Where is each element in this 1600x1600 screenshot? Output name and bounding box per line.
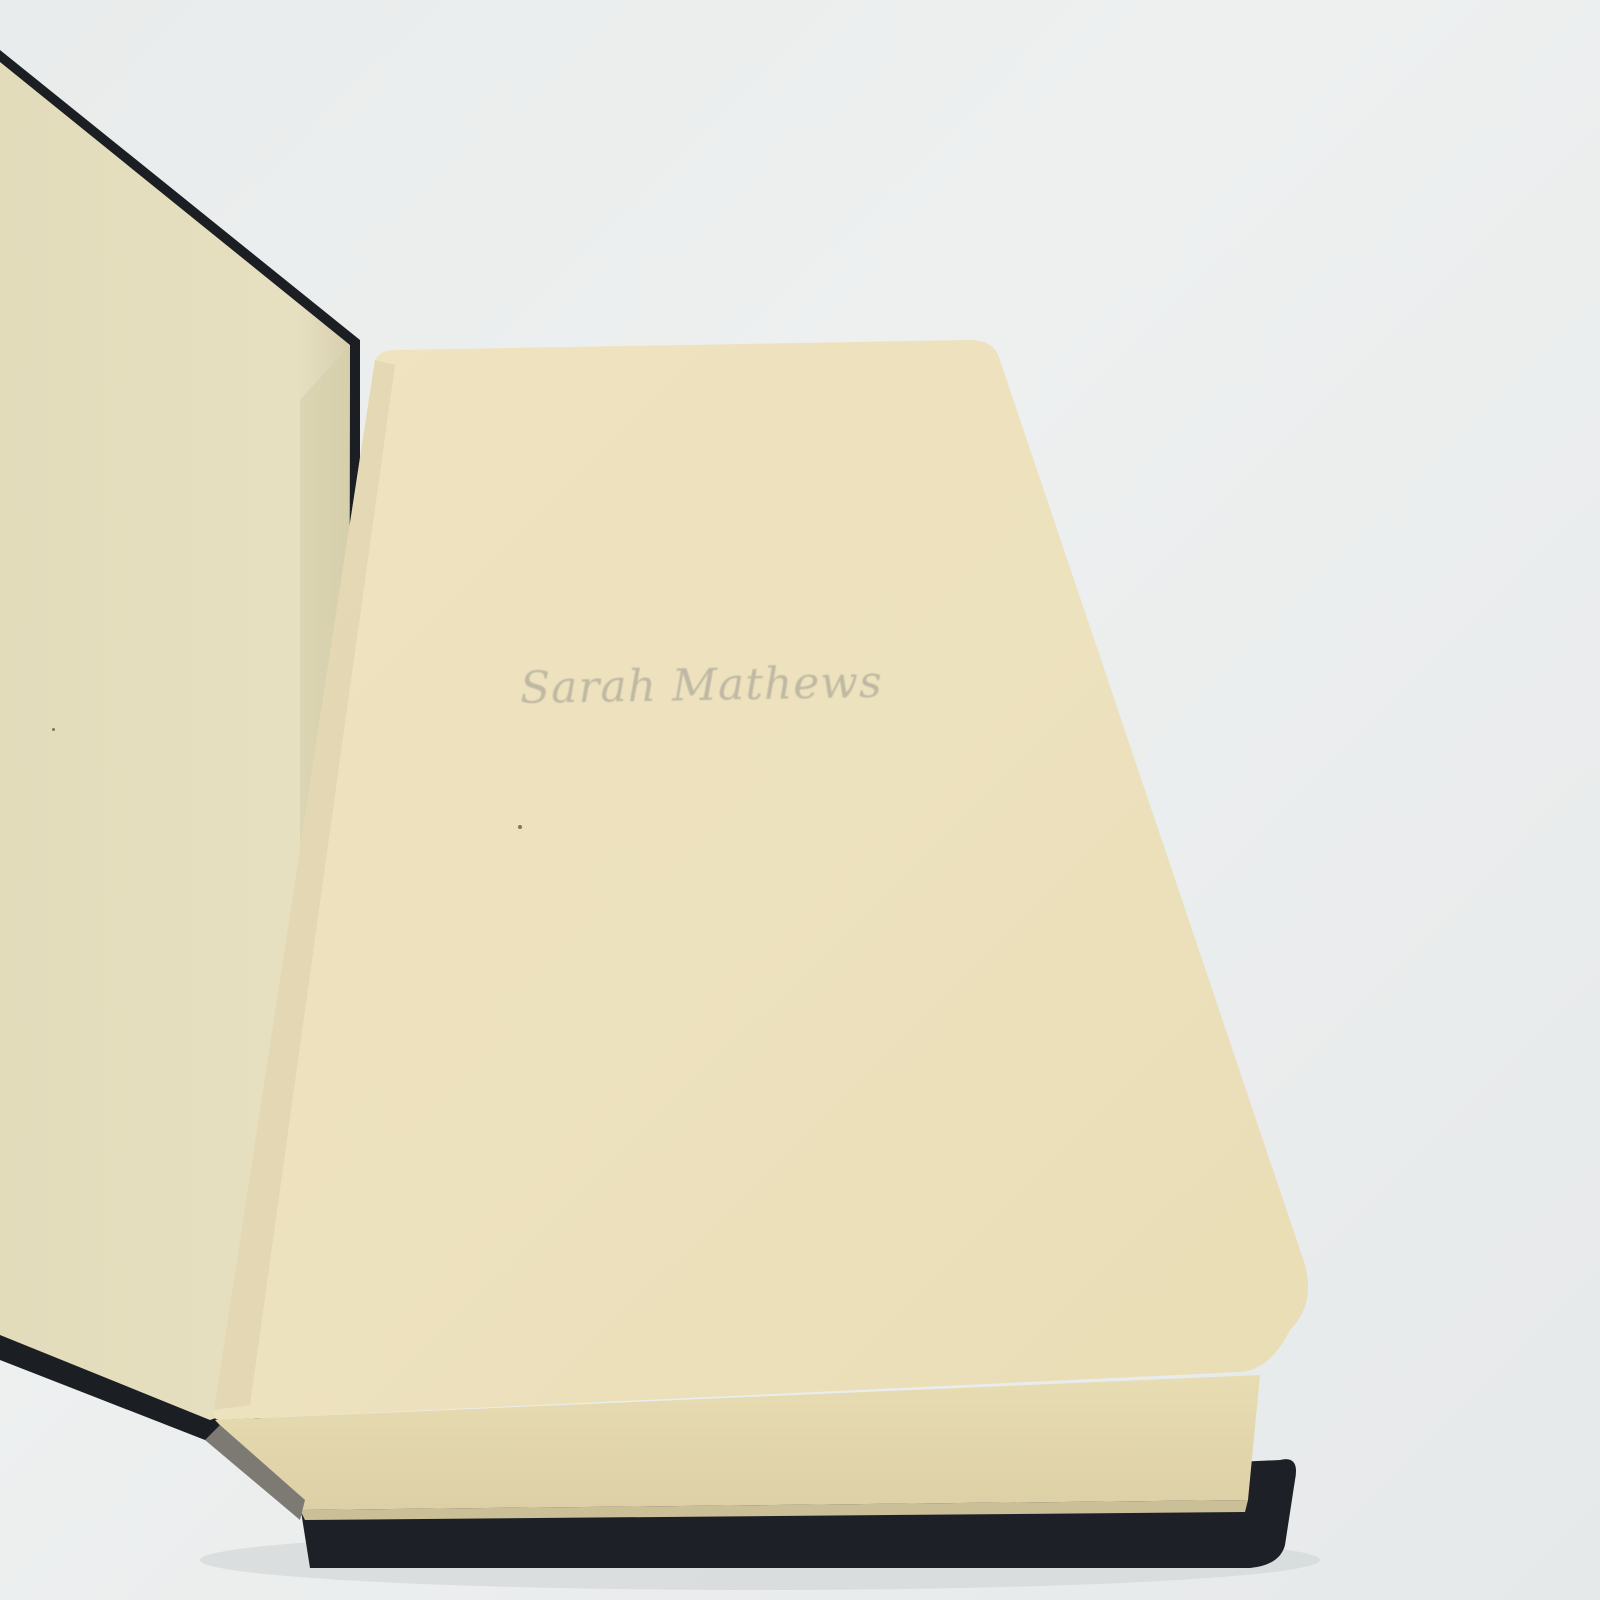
right-page	[214, 340, 1308, 1420]
photo-scene: Sarah Mathews	[0, 0, 1600, 1600]
paper-speck	[518, 825, 522, 829]
book-illustration	[0, 0, 1600, 1600]
pencil-signature: Sarah Mathews	[520, 657, 883, 714]
paper-speck	[52, 728, 55, 731]
